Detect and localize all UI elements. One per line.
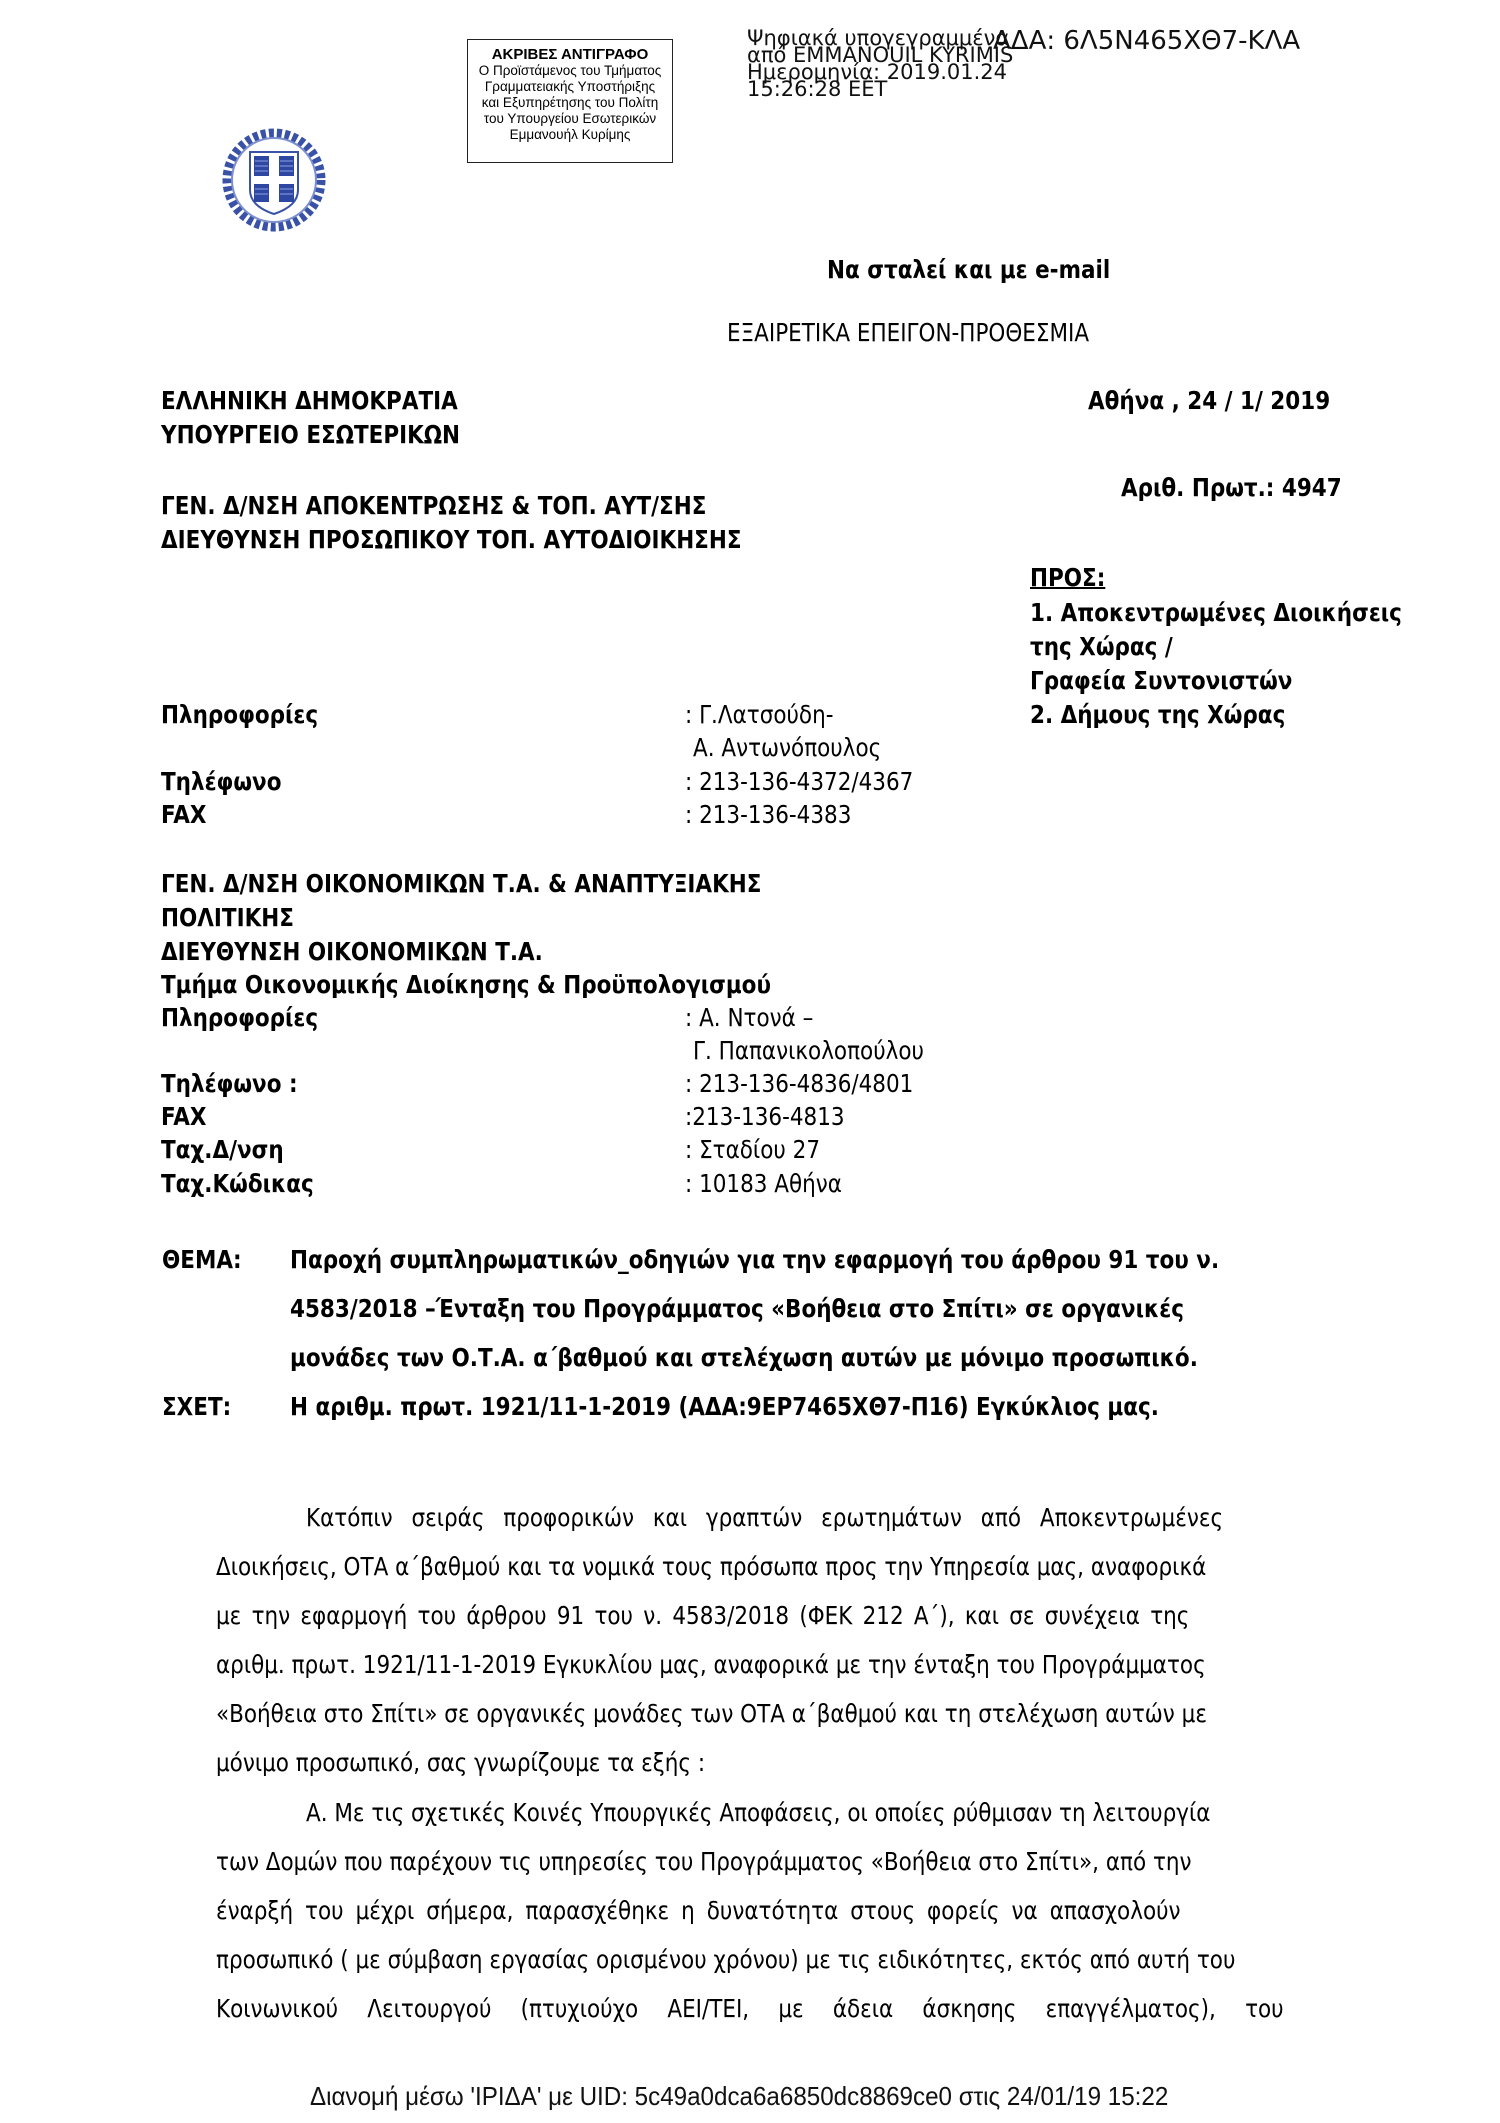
- info-value: Α. Αντωνόπουλος: [693, 733, 912, 762]
- fax-label: FAX: [161, 800, 214, 829]
- email-note: Να σταλεί και με e-mail: [827, 255, 1156, 284]
- stamp-line: Εμμανουήλ Κυρίμης: [468, 127, 672, 143]
- distribution-footer: Διανομή μέσω 'ΙΡΙΔΑ' με UID: 5c49a0dca6a…: [310, 2081, 1233, 2112]
- body-line: Α. Με τις σχετικές Κοινές Υπουργικές Απο…: [306, 1798, 1358, 1827]
- recipient-line: 1. Αποκεντρωμένες Διοικήσεις: [1030, 598, 1462, 627]
- fax-value: : 213-136-4383: [685, 800, 878, 829]
- recipient-line: 2. Δήμους της Χώρας: [1030, 700, 1327, 729]
- address-value: : Σταδίου 27: [685, 1135, 842, 1164]
- body-line: μόνιμο προσωπικό, σας γνωρίζουμε τα εξής…: [216, 1748, 785, 1777]
- digital-signature: Ψηφιακά υπογεγραμμένα από EMMANOUIL KYRI…: [747, 30, 1013, 98]
- body-line: με την εφαρμογή του άρθρου 91 του ν. 458…: [216, 1601, 1348, 1630]
- directorate: ΔΙΕΥΘΥΝΣΗ ΠΡΟΣΩΠΙΚΟΥ ΤΟΠ. ΑΥΤΟΔΙΟΙΚΗΣΗΣ: [161, 525, 836, 554]
- reference-label: ΣΧΕΤ:: [162, 1392, 242, 1421]
- body-line: έναρξή του μέχρι σήμερα, παρασχέθηκε η δ…: [216, 1896, 1338, 1925]
- info-label: Πληροφορίες: [161, 700, 344, 729]
- body-line: αριθμ. πρωτ. 1921/11-1-2019 Εγκυκλίου μα…: [216, 1650, 1367, 1679]
- republic-heading: ΕΛΛΗΝΙΚΗ ΔΗΜΟΚΡΑΤΙΑ: [161, 386, 506, 415]
- document-date: Αθήνα , 24 / 1/ 2019: [1088, 386, 1370, 415]
- body-line: Διοικήσεις, ΟΤΑ α΄βαθμού και τα νομικά τ…: [216, 1552, 1368, 1581]
- address-label: Ταχ.Δ/νση: [161, 1135, 304, 1164]
- reference-text: Η αριθμ. πρωτ. 1921/11-1-2019 (ΑΔΑ:9ΕΡ74…: [290, 1392, 1300, 1421]
- body-line: Κοινωνικού Λειτουργού (πτυχιούχο ΑΕΙ/ΤΕΙ…: [216, 1994, 1457, 2023]
- subject-label: ΘΕΜΑ:: [162, 1245, 255, 1274]
- fax-label: FAX: [161, 1102, 214, 1131]
- protocol-number: Αριθ. Πρωτ.: 4947: [1121, 473, 1378, 502]
- body-line: «Βοήθεια στο Σπίτι» σε οργανικές μονάδες…: [216, 1699, 1368, 1728]
- phone-value: : 213-136-4372/4367: [685, 767, 951, 796]
- greek-emblem-icon: [222, 128, 326, 232]
- info-value: : Α. Ντονά –: [685, 1003, 834, 1032]
- subject-line: 4583/2018 –Ένταξη του Προγράμματος «Βοήθ…: [290, 1294, 1329, 1323]
- finance-department: Τμήμα Οικονομικής Διοίκησης & Προϋπολογι…: [161, 970, 870, 999]
- stamp-title: ΑΚΡΙΒΕΣ ΑΝΤΙΓΡΑΦΟ: [468, 46, 672, 63]
- subject-line: Παροχή συμπληρωματικών_οδηγιών για την ε…: [290, 1245, 1370, 1274]
- urgent-note: ΕΞΑΙΡΕΤΙΚΑ ΕΠΕΙΓΟΝ-ΠΡΟΘΕΣΜΙΑ: [727, 318, 1148, 347]
- ada-code: ΑΔΑ: 6Λ5Ν465ΧΘ7-ΚΛΑ: [993, 26, 1300, 56]
- recipient-line: της Χώρας /: [1030, 632, 1196, 661]
- info-value: Γ. Παπανικολοπούλου: [693, 1036, 962, 1065]
- stamp-line: Ο Προϊστάμενος του Τμήματος: [468, 63, 672, 79]
- info-value: : Γ.Λατσούδη-: [685, 700, 858, 729]
- certified-copy-stamp: ΑΚΡΙΒΕΣ ΑΝΤΙΓΡΑΦΟ Ο Προϊστάμενος του Τμή…: [467, 39, 673, 163]
- finance-general-directorate: ΠΟΛΙΤΙΚΗΣ: [161, 903, 316, 932]
- zip-value: : 10183 Αθήνα: [685, 1169, 868, 1198]
- subject-line: μονάδες των Ο.Τ.Α. α΄βαθμού και στελέχωσ…: [290, 1343, 1346, 1372]
- zip-label: Ταχ.Κώδικας: [161, 1169, 339, 1198]
- body-line: Κατόπιν σειράς προφορικών και γραπτών ερ…: [306, 1503, 1372, 1532]
- body-line: προσωπικό ( με σύμβαση εργασίας ορισμένο…: [216, 1945, 1401, 1974]
- body-line: των Δομών που παρέχουν τις υπηρεσίες του…: [216, 1847, 1350, 1876]
- recipient-line: Γραφεία Συντονιστών: [1030, 666, 1335, 695]
- recipients-label: ΠΡΟΣ:: [1030, 563, 1118, 592]
- fax-value: :213-136-4813: [685, 1102, 871, 1131]
- phone-label: Τηλέφωνο: [161, 767, 301, 796]
- stamp-line: του Υπουργείου Εσωτερικών: [468, 111, 672, 127]
- phone-value: : 213-136-4836/4801: [685, 1069, 951, 1098]
- finance-general-directorate: ΓΕΝ. Δ/ΝΣΗ ΟΙΚΟΝΟΜΙΚΩΝ Τ.Α. & ΑΝΑΠΤΥΞΙΑΚ…: [161, 869, 859, 898]
- general-directorate: ΓΕΝ. Δ/ΝΣΗ ΑΠΟΚΕΝΤΡΩΣΗΣ & ΤΟΠ. ΑΥΤ/ΣΗΣ: [161, 491, 795, 520]
- stamp-line: και Εξυπηρέτησης του Πολίτη: [468, 95, 672, 111]
- ministry-heading: ΥΠΟΥΡΓΕΙΟ ΕΣΩΤΕΡΙΚΩΝ: [161, 420, 509, 449]
- info-label: Πληροφορίες: [161, 1003, 344, 1032]
- phone-label: Τηλέφωνο :: [161, 1069, 320, 1098]
- stamp-line: Γραμματειακής Υποστήριξης: [468, 79, 672, 95]
- finance-directorate: ΔΙΕΥΘΥΝΣΗ ΟΙΚΟΝΟΜΙΚΩΝ Τ.Α.: [161, 937, 605, 966]
